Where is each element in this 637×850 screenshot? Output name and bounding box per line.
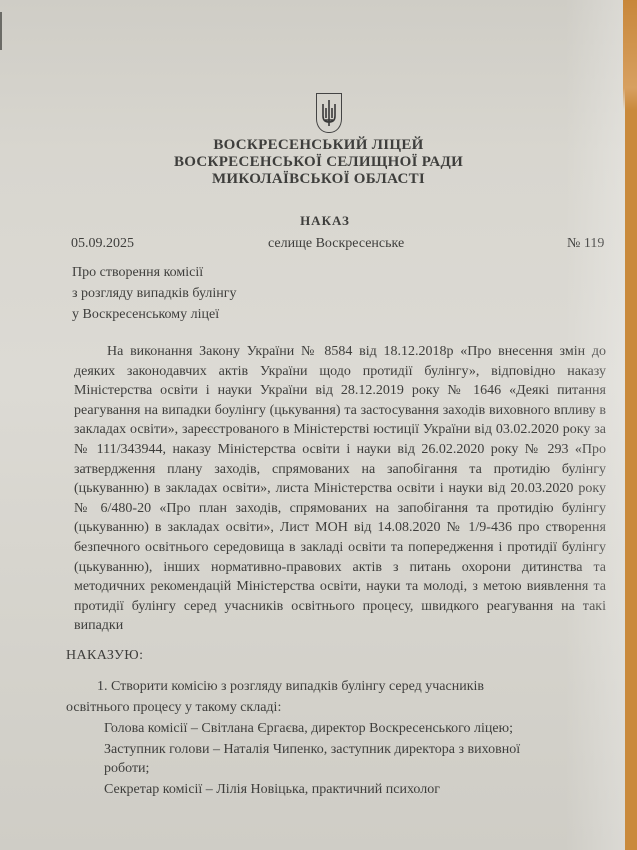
- commission-member: Заступник голови – Наталія Чипенко, заст…: [104, 739, 520, 760]
- commission-member: Секретар комісії – Лілія Новіцька, практ…: [104, 779, 440, 800]
- order-number: № 119: [567, 236, 604, 252]
- order-date: 05.09.2025: [71, 236, 134, 252]
- subject-line: з розгляду випадків булінгу: [72, 283, 236, 304]
- commission-member: роботи;: [104, 758, 149, 779]
- orders-label: НАКАЗУЮ:: [66, 648, 143, 664]
- document-page: ВОСКРЕСЕНСЬКИЙ ЛІЦЕЙ ВОСКРЕСЕНСЬКОЇ СЕЛИ…: [0, 0, 625, 850]
- order-subject: Про створення комісії з розгляду випадкі…: [72, 262, 236, 325]
- ukraine-trident-icon: [316, 93, 342, 133]
- institution-name: ВОСКРЕСЕНСЬКИЙ ЛІЦЕЙ: [0, 137, 637, 154]
- commission-member: Голова комісії – Світлана Єргаєва, дирек…: [104, 718, 513, 739]
- order-item-line: освітнього процесу у такому складі:: [66, 697, 566, 718]
- order-place: селище Воскресенське: [268, 236, 404, 252]
- desk-surface: [623, 0, 637, 110]
- order-item-line: 1. Створити комісію з розгляду випадків …: [66, 676, 566, 697]
- preamble-paragraph: На виконання Закону України № 8584 від 1…: [74, 342, 606, 636]
- subject-line: у Воскресенському ліцеї: [72, 304, 236, 325]
- subject-line: Про створення комісії: [72, 262, 236, 283]
- institution-region: МИКОЛАЇВСЬКОЇ ОБЛАСТІ: [0, 171, 637, 188]
- institution-council: ВОСКРЕСЕНСЬКОЇ СЕЛИЩНОЇ РАДИ: [0, 154, 637, 171]
- page-edge-mark: [0, 12, 2, 50]
- doc-type-title: НАКАЗ: [0, 213, 637, 229]
- order-item-1: 1. Створити комісію з розгляду випадків …: [66, 676, 566, 718]
